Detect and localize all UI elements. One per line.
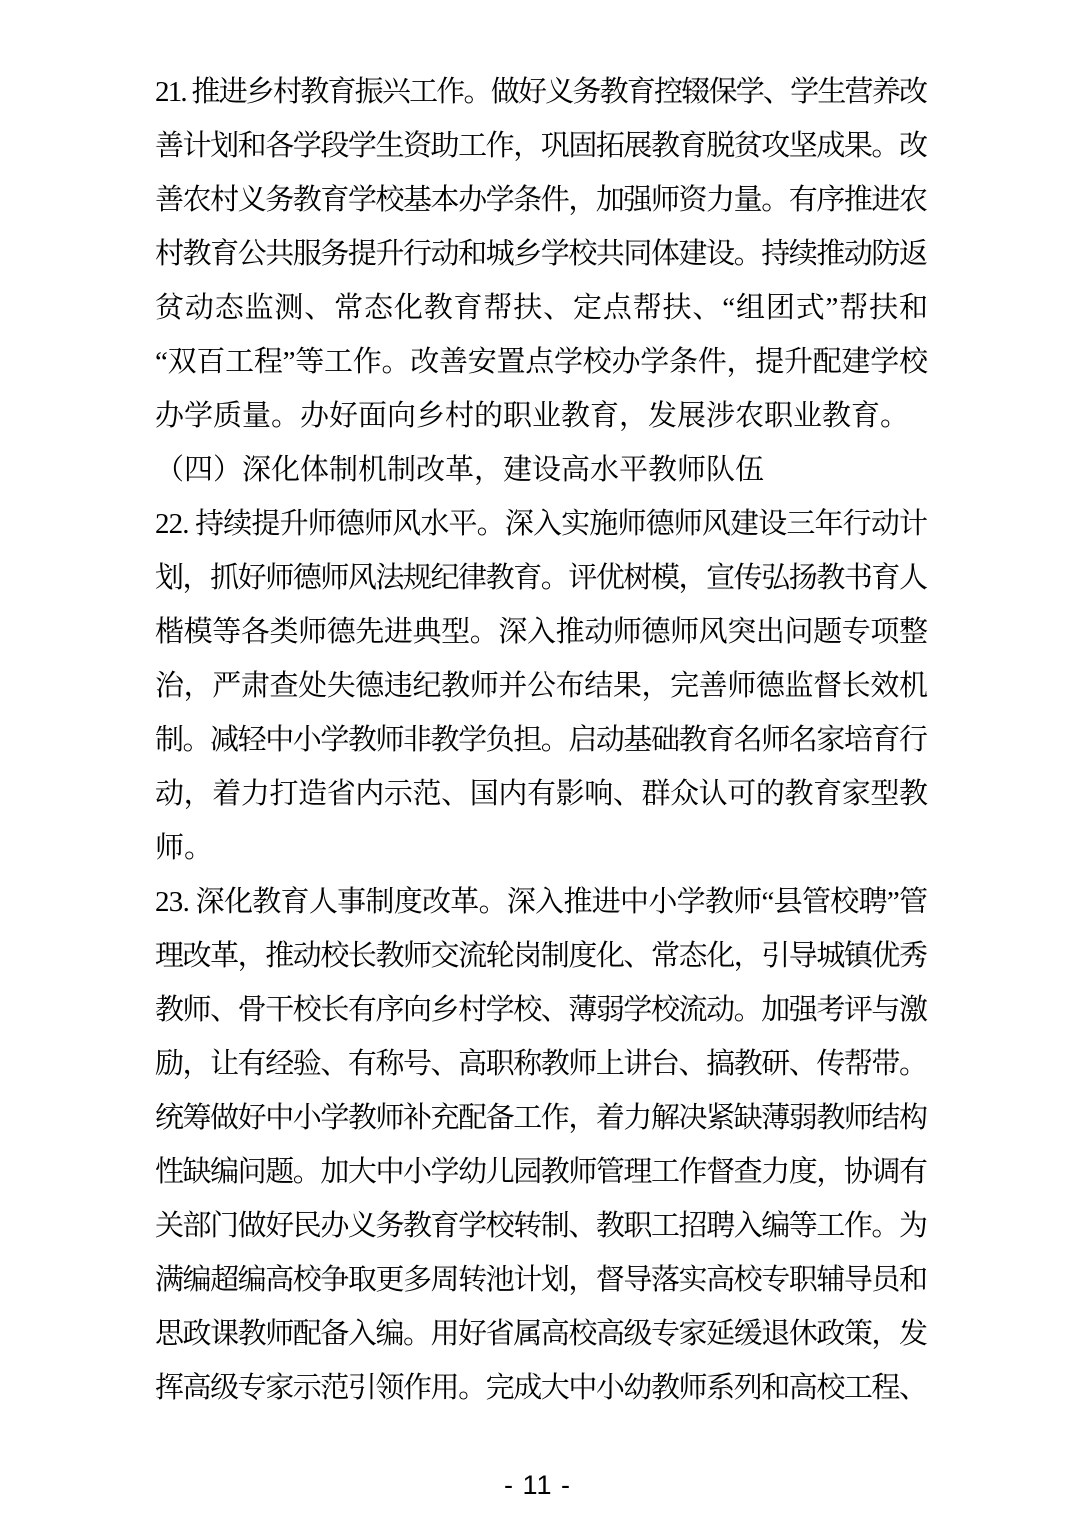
- paragraph-21-line: 21. 推进乡村教育振兴工作。做好义务教育控辍保学、学生营养改: [155, 65, 928, 119]
- text-line: 师。: [155, 821, 928, 875]
- text-line: 教师、骨干校长有序向乡村学校、薄弱学校流动。加强考评与激: [155, 983, 928, 1037]
- text-line: 制。减轻中小学教师非教学负担。启动基础教育名师名家培育行: [155, 713, 928, 767]
- text-line: 挥高级专家示范引领作用。完成大中小幼教师系列和高校工程、: [155, 1361, 928, 1415]
- paragraph-23-line: 23. 深化教育人事制度改革。深入推进中小学教师“县管校聘”管: [155, 875, 928, 929]
- paragraph-22-line: 22. 持续提升师德师风水平。深入实施师德师风建设三年行动计: [155, 497, 928, 551]
- text-block: 21. 推进乡村教育振兴工作。做好义务教育控辍保学、学生营养改 善计划和各学段学…: [155, 65, 928, 1415]
- text-line: 划，抓好师德师风法规纪律教育。评优树模，宣传弘扬教书育人: [155, 551, 928, 605]
- text-line: 动，着力打造省内示范、国内有影响、群众认可的教育家型教: [155, 767, 928, 821]
- text-line: 善计划和各学段学生资助工作，巩固拓展教育脱贫攻坚成果。改: [155, 119, 928, 173]
- page-number: - 11 -: [0, 1470, 1075, 1501]
- text-line: 理改革，推动校长教师交流轮岗制度化、常态化，引导城镇优秀: [155, 929, 928, 983]
- text-line: 统筹做好中小学教师补充配备工作，着力解决紧缺薄弱教师结构: [155, 1091, 928, 1145]
- text-line: 办学质量。办好面向乡村的职业教育，发展涉农职业教育。: [155, 389, 928, 443]
- text-line: 治，严肃查处失德违纪教师并公布结果，完善师德监督长效机: [155, 659, 928, 713]
- text-line: 村教育公共服务提升行动和城乡学校共同体建设。持续推动防返: [155, 227, 928, 281]
- text-line: “双百工程”等工作。改善安置点学校办学条件，提升配建学校: [155, 335, 928, 389]
- text-line: 楷模等各类师德先进典型。深入推动师德师风突出问题专项整: [155, 605, 928, 659]
- section-heading: （四）深化体制机制改革，建设高水平教师队伍: [155, 443, 928, 497]
- text-line: 满编超编高校争取更多周转池计划，督导落实高校专职辅导员和: [155, 1253, 928, 1307]
- text-line: 贫动态监测、常态化教育帮扶、定点帮扶、“组团式”帮扶和: [155, 281, 928, 335]
- text-line: 励，让有经验、有称号、高职称教师上讲台、搞教研、传帮带。: [155, 1037, 928, 1091]
- text-line: 性缺编问题。加大中小学幼儿园教师管理工作督查力度，协调有: [155, 1145, 928, 1199]
- text-line: 善农村义务教育学校基本办学条件，加强师资力量。有序推进农: [155, 173, 928, 227]
- text-line: 关部门做好民办义务教育学校转制、教职工招聘入编等工作。为: [155, 1199, 928, 1253]
- text-line: 思政课教师配备入编。用好省属高校高级专家延缓退休政策，发: [155, 1307, 928, 1361]
- document-page: 21. 推进乡村教育振兴工作。做好义务教育控辍保学、学生营养改 善计划和各学段学…: [0, 0, 1075, 1520]
